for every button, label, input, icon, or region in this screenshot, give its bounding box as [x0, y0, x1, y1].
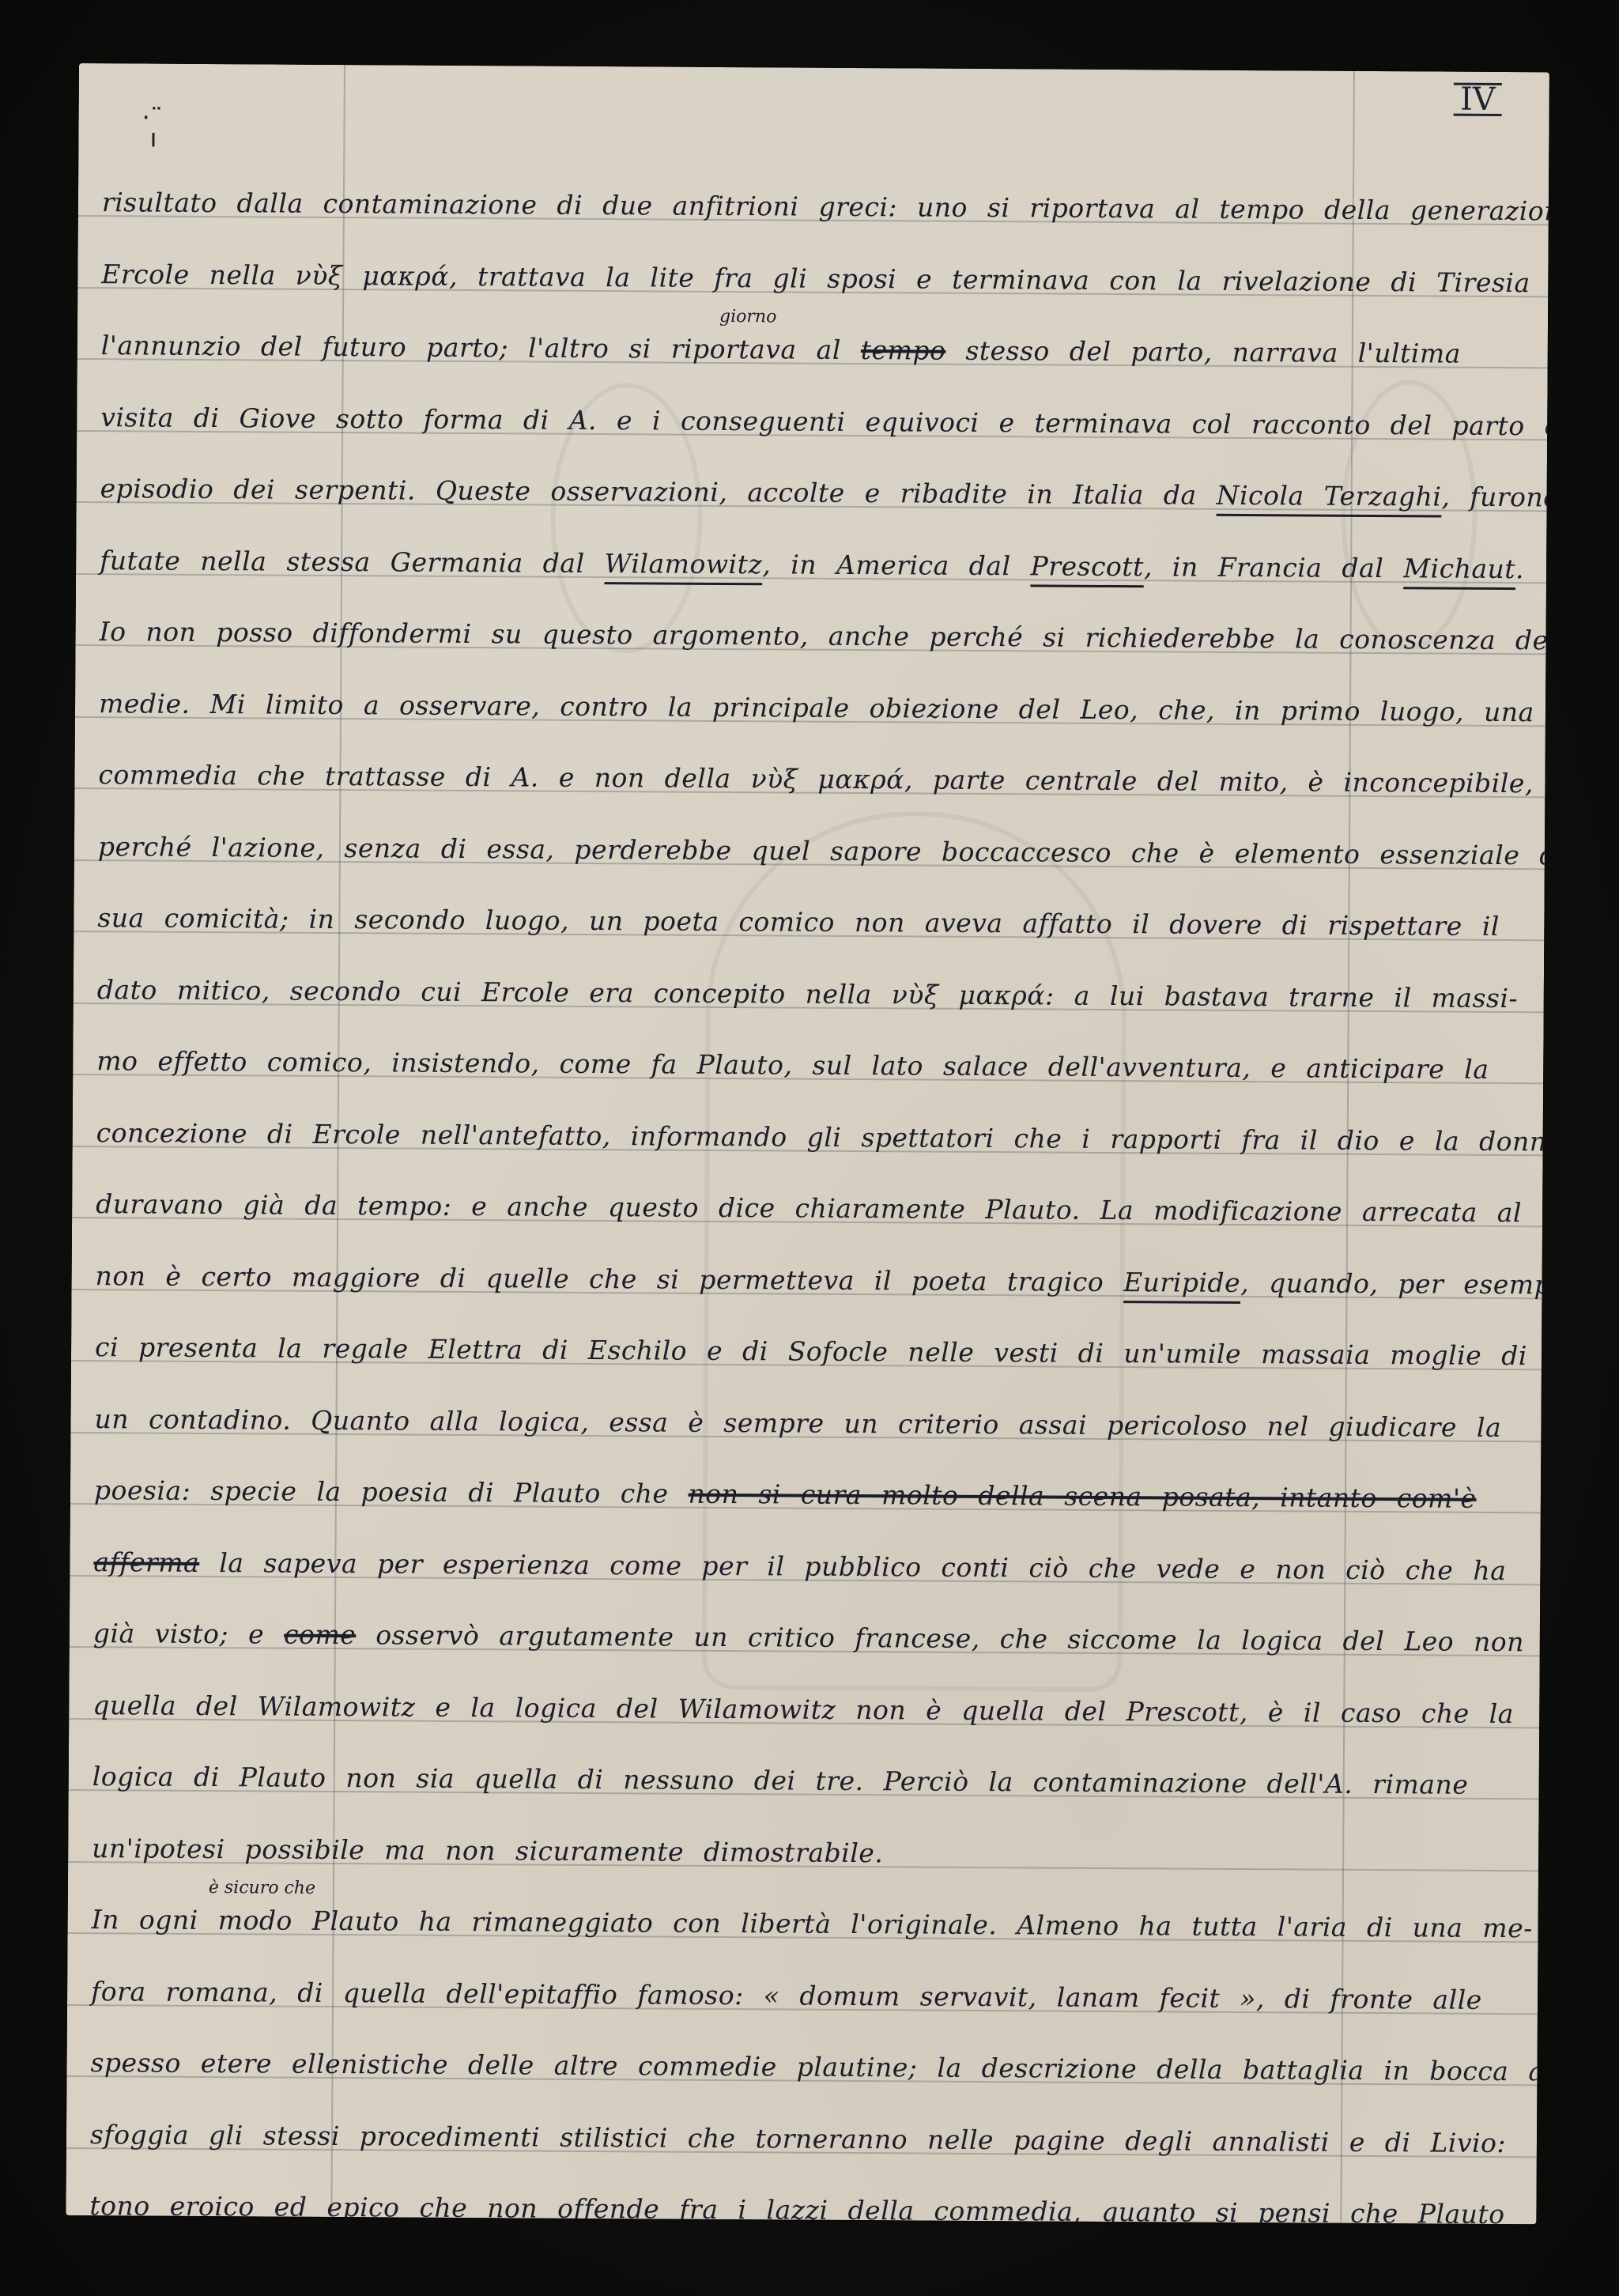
line-text: osservò argutamente un critico francese,… [356, 1619, 1549, 1657]
line-text: già visto; e [93, 1618, 284, 1649]
struck-text: come [284, 1619, 356, 1651]
line-text: , in America dal [762, 549, 1030, 581]
manuscript-page: IV ·¨ ı risultato dalla contaminazione d… [66, 63, 1549, 2224]
line-text: stesso del parto, narrava l'ultima [945, 335, 1461, 369]
line-text: l'annunzio del futuro parto; l'altro si … [101, 330, 861, 365]
struck-text: tempo [861, 334, 946, 366]
line-text: poesia: specie la poesia di Plauto che [94, 1475, 689, 1509]
underlined-name: Wilamowitz [604, 548, 762, 580]
line-text: . [1515, 553, 1524, 584]
underlined-name: Nicola Terzaghi [1217, 480, 1442, 512]
line-text: futate nella stessa Germania dal [100, 545, 605, 579]
struck-text: non si cura molto della scena posata, in… [688, 1478, 1476, 1514]
ink-mark: ·¨ ı [142, 107, 162, 148]
line-text: non è certo maggiore di quelle che si pe… [96, 1260, 1124, 1297]
line-text: , quando, per esempio, [1240, 1267, 1549, 1301]
line-text: episodio dei serpenti. Queste osservazio… [100, 473, 1217, 511]
interlinear-insertion: è sicuro che [209, 1878, 315, 1898]
line-text: , furono con- [1441, 481, 1549, 514]
interlinear-insertion: giorno [719, 307, 776, 327]
line-text: un'ipotesi possibile ma non sicuramente … [92, 1833, 883, 1868]
underlined-name: Prescott [1030, 550, 1144, 582]
struck-text: afferma [93, 1546, 199, 1578]
underlined-name: Michaut [1403, 553, 1515, 584]
page-number: IV [1454, 83, 1502, 116]
line-text: , in Francia dal [1144, 551, 1404, 583]
underlined-name: Euripide [1123, 1267, 1240, 1298]
